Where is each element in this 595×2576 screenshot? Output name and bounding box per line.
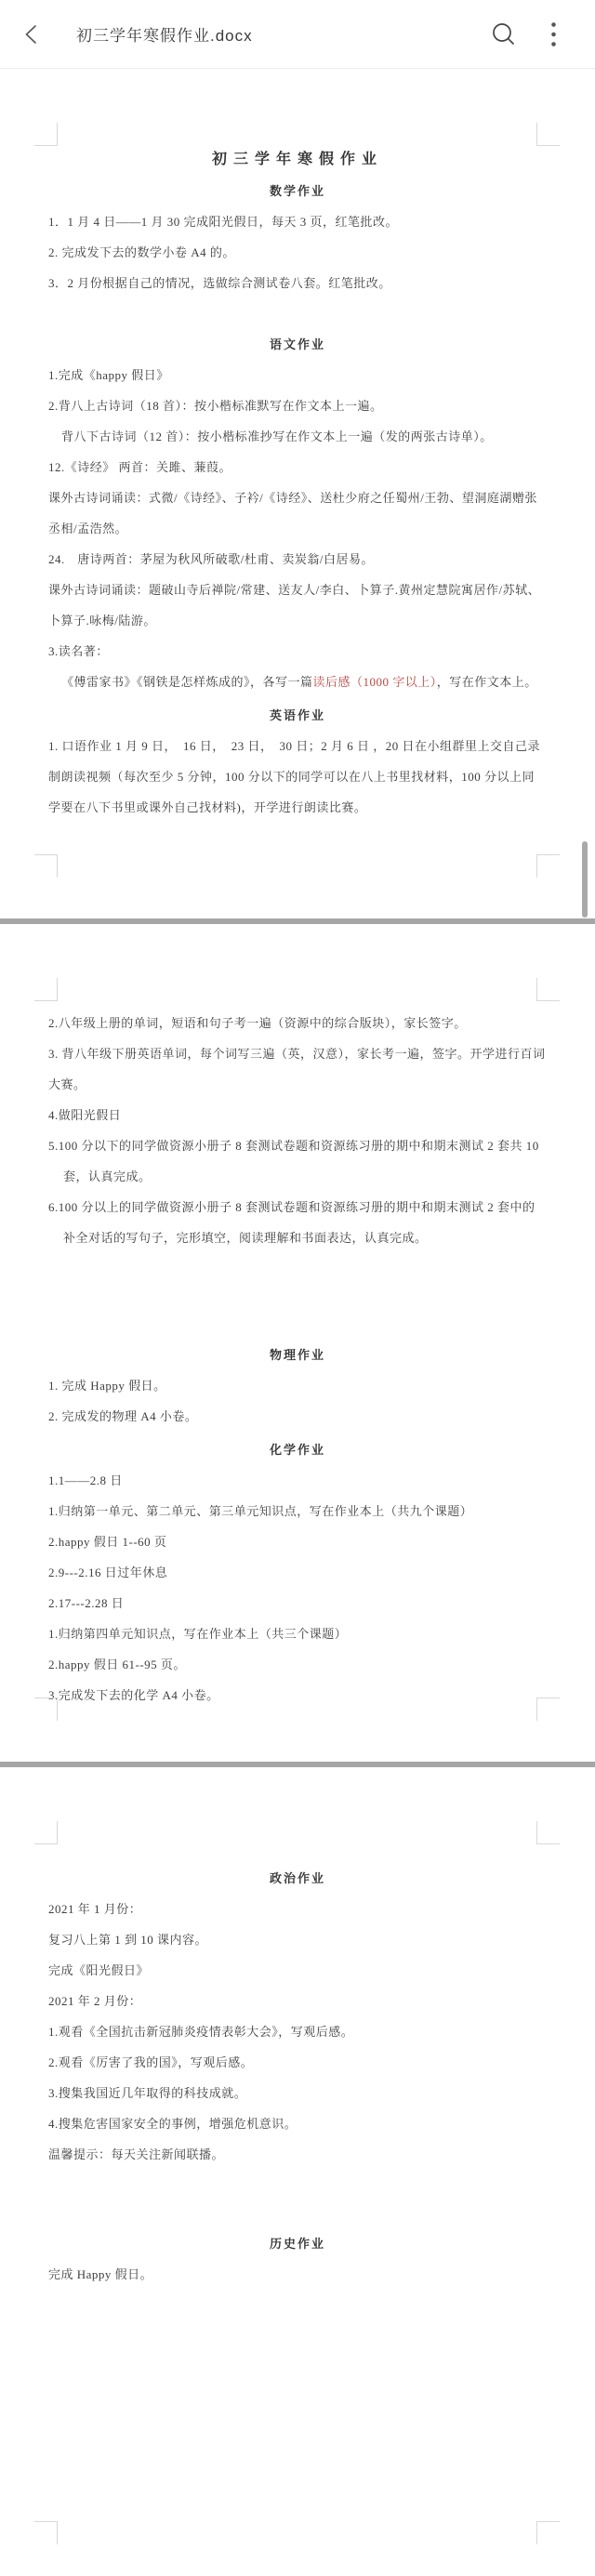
paragraph: 3. 背八年级下册英语单词，每个词写三遍（英，汉意），家长考一遍，签字。开学进行… <box>48 1038 547 1100</box>
paragraph: 1. 口语作业 1 月 9 日， 16 日， 23 日， 30 日；2 月 6 … <box>48 731 547 823</box>
margin-mark-tl <box>34 123 58 146</box>
doc-page-2: 2.八年级上册的单词，短语和句子考一遍（资源中的综合版块），家长签字。3. 背八… <box>0 924 595 1762</box>
search-icon <box>491 21 516 46</box>
paragraph: 1.归纳第一单元、第二单元、第三单元知识点，写在作业本上（共九个课题） <box>48 1496 547 1526</box>
paragraph: 2.八年级上册的单词，短语和句子考一遍（资源中的综合版块），家长签字。 <box>48 1008 547 1038</box>
paragraph: 4.做阳光假日 <box>48 1100 547 1130</box>
kebab-menu-icon <box>551 21 556 47</box>
paragraph: 温馨提示：每天关注新闻联播。 <box>48 2139 547 2170</box>
text-run: 1.归纳第四单元知识点，写在作业本上（共三个课题） <box>48 1627 347 1641</box>
text-run: 2.happy 假日 1--60 页 <box>48 1535 166 1549</box>
blank-line <box>48 2198 547 2226</box>
section-heading: 英语作业 <box>48 707 547 725</box>
paragraph: 2.背八上古诗词（18 首）：按小楷标准默写在作文本上一遍。 <box>48 390 547 421</box>
text-run: 6.100 分以上的同学做资源小册子 8 套测试卷题和资源练习册的期中和期末测试… <box>48 1200 535 1245</box>
text-run: 3.搜集我国近几年取得的科技成就。 <box>48 2086 246 2100</box>
paragraph: 背八下古诗词（12 首）：按小楷标准抄写在作文本上一遍（发的两张古诗单）。 <box>48 421 547 452</box>
text-run: 背八下古诗词（12 首）：按小楷标准抄写在作文本上一遍（发的两张古诗单）。 <box>61 429 493 443</box>
paragraph: 《傅雷家书》《钢铁是怎样炼成的》，各写一篇读后感（1000 字以上），写在作文本… <box>48 667 547 697</box>
text-run: 4.搜集危害国家安全的事例，增强危机意识。 <box>48 2117 297 2131</box>
paragraph: 1.观看《全国抗击新冠肺炎疫情表彰大会》，写观后感。 <box>48 2016 547 2047</box>
text-run: 完成《阳光假日》 <box>48 1963 149 1977</box>
paragraph: 2.9---2.16 日过年休息 <box>48 1557 547 1588</box>
margin-mark-tl <box>34 978 58 1001</box>
menu-button[interactable] <box>551 21 556 47</box>
document-title: 初三学年寒假作业.docx <box>76 22 253 46</box>
text-run: 课外古诗词诵读：题破山寺后禅院/常建、送友人/李白、卜算子.黄州定慧院寓居作/苏… <box>48 583 540 627</box>
margin-mark-br <box>536 2521 560 2544</box>
paragraph: 课外古诗词诵读：题破山寺后禅院/常建、送友人/李白、卜算子.黄州定慧院寓居作/苏… <box>48 575 547 636</box>
blank-line <box>48 1281 547 1309</box>
text-run: 温馨提示：每天关注新闻联播。 <box>48 2147 224 2161</box>
section-heading: 数学作业 <box>48 182 547 201</box>
search-button[interactable] <box>491 21 516 46</box>
text-run: ，写在作文本上。 <box>437 675 537 689</box>
text-run: 完成 Happy 假日。 <box>48 2267 152 2281</box>
section-heading: 化学作业 <box>48 1441 547 1460</box>
text-run: 1. 口语作业 1 月 9 日， 16 日， 23 日， 30 日；2 月 6 … <box>48 739 540 814</box>
text-run: 1．1 月 4 日——1 月 30 完成阳光假日，每天 3 页，红笔批改。 <box>48 215 398 229</box>
text-run: 3.完成发下去的化学 A4 小卷。 <box>48 1688 219 1702</box>
text-run: 4.做阳光假日 <box>48 1108 121 1122</box>
margin-mark-br <box>536 1698 560 1721</box>
text-run: 课外古诗词诵读：式微/《诗经》、子衿/《诗经》、送杜少府之任蜀州/王勃、望洞庭湖… <box>48 491 537 535</box>
blank-line <box>48 298 547 326</box>
paragraph: 1.完成《happy 假日》 <box>48 360 547 390</box>
back-button[interactable] <box>0 23 45 46</box>
margin-mark-bl <box>34 2521 58 2544</box>
text-run: 3．2 月份根据自己的情况，选做综合测试卷八套。红笔批改。 <box>48 276 391 290</box>
section-heading: 政治作业 <box>48 1869 547 1888</box>
text-run: 2.观看《厉害了我的国》，写观后感。 <box>48 2055 253 2069</box>
text-run: 2.17---2.28 日 <box>48 1596 124 1610</box>
text-run: 24. 唐诗两首：茅屋为秋风所破歌/杜甫、卖炭翁/白居易。 <box>48 552 374 566</box>
section-heading: 语文作业 <box>48 336 547 354</box>
paragraph: 2. 完成发的物理 A4 小卷。 <box>48 1401 547 1432</box>
text-run: 《傅雷家书》《钢铁是怎样炼成的》，各写一篇 <box>61 675 313 689</box>
margin-mark-bl <box>34 854 58 878</box>
text-run: 2021 年 2 月份： <box>48 1994 141 2008</box>
paragraph: 2021 年 2 月份： <box>48 1986 547 2016</box>
text-run: 2.9---2.16 日过年休息 <box>48 1565 167 1579</box>
paragraph: 12.《诗经》 两首：关雎、蒹葭。 <box>48 452 547 482</box>
paragraph: 2.happy 假日 61--95 页。 <box>48 1649 547 1680</box>
text-run: 2.八年级上册的单词，短语和句子考一遍（资源中的综合版块），家长签字。 <box>48 1016 467 1030</box>
document-viewer: 初三学年寒假作业数学作业1．1 月 4 日——1 月 30 完成阳光假日，每天 … <box>0 69 595 2576</box>
paragraph: 2021 年 1 月份： <box>48 1894 547 1924</box>
chevron-left-icon <box>22 23 45 46</box>
paragraph: 复习八上第 1 到 10 课内容。 <box>48 1924 547 1955</box>
text-run: 复习八上第 1 到 10 课内容。 <box>48 1933 207 1947</box>
text-run: 2. 完成发下去的数学小卷 A4 的。 <box>48 245 235 259</box>
blank-line <box>48 1309 547 1337</box>
paragraph: 1．1 月 4 日——1 月 30 完成阳光假日，每天 3 页，红笔批改。 <box>48 206 547 237</box>
margin-mark-bl <box>34 1698 58 1721</box>
margin-mark-br <box>536 854 560 878</box>
paragraph: 3.搜集我国近几年取得的科技成就。 <box>48 2078 547 2108</box>
text-run: 2021 年 1 月份： <box>48 1902 141 1916</box>
paragraph: 完成 Happy 假日。 <box>48 2259 547 2290</box>
text-run: 1.完成《happy 假日》 <box>48 368 169 382</box>
paragraph: 2. 完成发下去的数学小卷 A4 的。 <box>48 237 547 268</box>
section-heading: 历史作业 <box>48 2235 547 2253</box>
text-run: 2.happy 假日 61--95 页。 <box>48 1658 186 1671</box>
doc-page-1: 初三学年寒假作业数学作业1．1 月 4 日——1 月 30 完成阳光假日，每天 … <box>0 69 595 918</box>
text-run: 5.100 分以下的同学做资源小册子 8 套测试卷题和资源练习册的期中和期末测试… <box>48 1139 539 1183</box>
section-heading: 物理作业 <box>48 1346 547 1365</box>
text-run: 3. 背八年级下册英语单词，每个词写三遍（英，汉意），家长考一遍，签字。开学进行… <box>48 1047 546 1091</box>
paragraph: 6.100 分以上的同学做资源小册子 8 套测试卷题和资源练习册的期中和期末测试… <box>48 1192 547 1253</box>
text-run: 1.1——2.8 日 <box>48 1473 123 1487</box>
paragraph: 完成《阳光假日》 <box>48 1955 547 1986</box>
paragraph: 3.完成发下去的化学 A4 小卷。 <box>48 1680 547 1711</box>
paragraph: 3.读名著： <box>48 636 547 667</box>
paragraph: 24. 唐诗两首：茅屋为秋风所破歌/杜甫、卖炭翁/白居易。 <box>48 544 547 575</box>
blank-line <box>48 2170 547 2198</box>
text-run: 2.背八上古诗词（18 首）：按小楷标准默写在作文本上一遍。 <box>48 399 383 413</box>
text-run: 1.归纳第一单元、第二单元、第三单元知识点，写在作业本上（共九个课题） <box>48 1504 472 1518</box>
doc-main-title: 初三学年寒假作业 <box>48 147 547 173</box>
margin-mark-tr <box>536 978 560 1001</box>
paragraph: 4.搜集危害国家安全的事例，增强危机意识。 <box>48 2108 547 2139</box>
text-run: 3.读名著： <box>48 644 109 658</box>
text-run: 2. 完成发的物理 A4 小卷。 <box>48 1409 197 1423</box>
paragraph: 5.100 分以下的同学做资源小册子 8 套测试卷题和资源练习册的期中和期末测试… <box>48 1130 547 1192</box>
paragraph: 2.happy 假日 1--60 页 <box>48 1526 547 1557</box>
margin-mark-tl <box>34 1821 58 1844</box>
margin-mark-tr <box>536 123 560 146</box>
text-run: 1.观看《全国抗击新冠肺炎疫情表彰大会》，写观后感。 <box>48 2025 353 2039</box>
blank-line <box>48 1253 547 1281</box>
paragraph: 2.17---2.28 日 <box>48 1588 547 1618</box>
paragraph: 1.归纳第四单元知识点，写在作业本上（共三个课题） <box>48 1618 547 1649</box>
margin-mark-tr <box>536 1821 560 1844</box>
app-header: 初三学年寒假作业.docx <box>0 0 595 69</box>
scrollbar-thumb[interactable] <box>582 841 588 918</box>
text-run: 12.《诗经》 两首：关雎、蒹葭。 <box>48 460 231 474</box>
paragraph: 课外古诗词诵读：式微/《诗经》、子衿/《诗经》、送杜少府之任蜀州/王勃、望洞庭湖… <box>48 482 547 544</box>
paragraph: 1.1——2.8 日 <box>48 1465 547 1496</box>
text-run: 1. 完成 Happy 假日。 <box>48 1379 166 1393</box>
red-highlight-text: 读后感（1000 字以上） <box>313 675 437 689</box>
paragraph: 3．2 月份根据自己的情况，选做综合测试卷八套。红笔批改。 <box>48 268 547 298</box>
doc-page-3: 政治作业2021 年 1 月份：复习八上第 1 到 10 课内容。完成《阳光假日… <box>0 1767 595 2576</box>
paragraph: 2.观看《厉害了我的国》，写观后感。 <box>48 2047 547 2078</box>
paragraph: 1. 完成 Happy 假日。 <box>48 1370 547 1401</box>
